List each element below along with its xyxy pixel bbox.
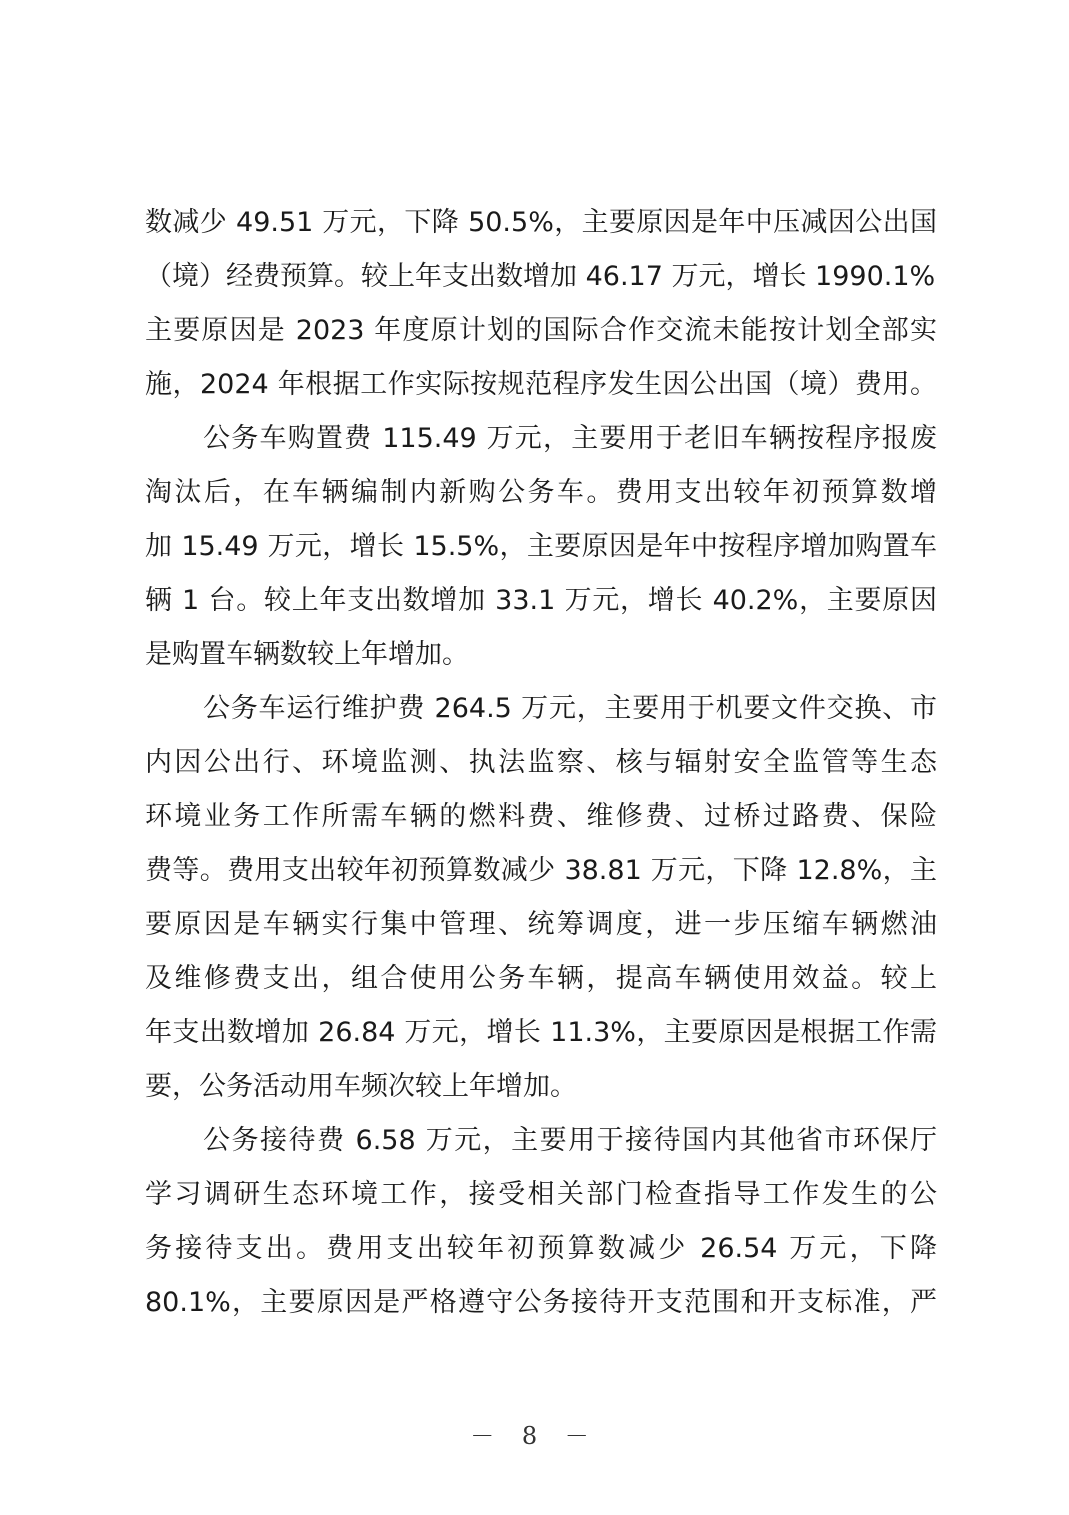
paragraph-line: 80.1%，主要原因是严格遵守公务接待开支范围和开支标准，严 — [145, 1276, 937, 1330]
paragraph-line: 环境业务工作所需车辆的燃料费、维修费、过桥过路费、保险 — [145, 790, 937, 844]
paragraph-line: 及维修费支出，组合使用公务车辆，提高车辆使用效益。较上 — [145, 952, 937, 1006]
paragraph-last-line: 是购置车辆数较上年增加。 — [145, 628, 937, 682]
paragraph-line: 施，2024 年根据工作实际按规范程序发生因公出国（境）费用。 — [145, 358, 937, 412]
document-page: 数减少 49.51 万元，下降 50.5%，主要原因是年中压减因公出国 （境）经… — [0, 0, 1069, 1515]
paragraph-line: 数减少 49.51 万元，下降 50.5%，主要原因是年中压减因公出国 — [145, 196, 937, 250]
paragraph-line: 淘汰后，在车辆编制内新购公务车。费用支出较年初预算数增 — [145, 466, 937, 520]
paragraph-line: 费等。费用支出较年初预算数减少 38.81 万元，下降 12.8%，主 — [145, 844, 937, 898]
paragraph-first-line: 公务车购置费 115.49 万元，主要用于老旧车辆按程序报废 — [145, 412, 937, 466]
paragraph-line: 内因公出行、环境监测、执法监察、核与辐射安全监管等生态 — [145, 736, 937, 790]
paragraph-line: 务接待支出。费用支出较年初预算数减少 26.54 万元，下降 — [145, 1222, 937, 1276]
paragraph-line: 年支出数增加 26.84 万元，增长 11.3%，主要原因是根据工作需 — [145, 1006, 937, 1060]
body-text: 数减少 49.51 万元，下降 50.5%，主要原因是年中压减因公出国 （境）经… — [145, 196, 937, 1330]
paragraph-line: 学习调研生态环境工作，接受相关部门检查指导工作发生的公 — [145, 1168, 937, 1222]
paragraph-line: 加 15.49 万元，增长 15.5%，主要原因是年中按程序增加购置车 — [145, 520, 937, 574]
paragraph-first-line: 公务车运行维护费 264.5 万元，主要用于机要文件交换、市 — [145, 682, 937, 736]
paragraph-line: 要原因是车辆实行集中管理、统筹调度，进一步压缩车辆燃油 — [145, 898, 937, 952]
paragraph-line: 辆 1 台。较上年支出数增加 33.1 万元，增长 40.2%，主要原因 — [145, 574, 937, 628]
paragraph-line: 主要原因是 2023 年度原计划的国际合作交流未能按计划全部实 — [145, 304, 937, 358]
paragraph-first-line: 公务接待费 6.58 万元，主要用于接待国内其他省市环保厅 — [145, 1114, 937, 1168]
page-number: － 8 － — [0, 1416, 1069, 1451]
paragraph-last-line: 要，公务活动用车频次较上年增加。 — [145, 1060, 937, 1114]
paragraph-line: （境）经费预算。较上年支出数增加 46.17 万元，增长 1990.1%， — [145, 250, 937, 304]
